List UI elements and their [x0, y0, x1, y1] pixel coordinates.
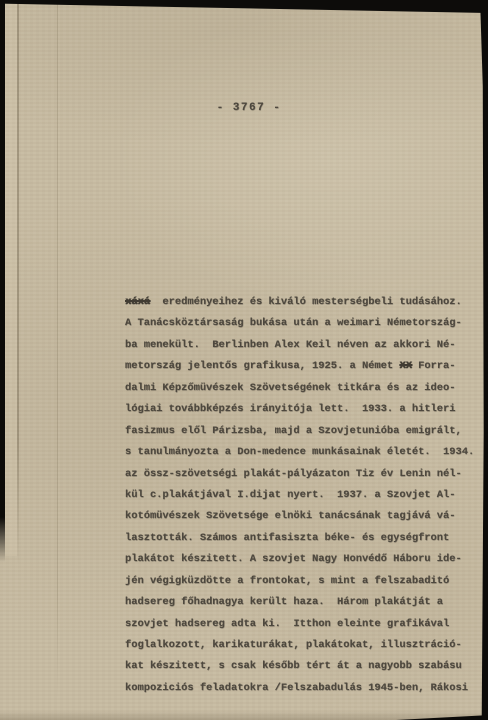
typewritten-line: plakátot készitett. A szovjet Nagy Honvé…	[125, 549, 481, 570]
typewritten-line: lógiai továbbképzés irányitója lett. 193…	[125, 399, 481, 420]
typewritten-line: szovjet hadsereg adta ki. Itthon eleinte…	[125, 614, 481, 635]
line-text: dalmi Képzőmüvészek Szövetségének titkár…	[125, 382, 455, 394]
struck-out-text: XX	[399, 360, 411, 372]
line-text: A Tanácsköztársaság bukása után a weimar…	[125, 317, 462, 329]
bottom-shadow	[0, 711, 488, 720]
line-text: kotómüvészek Szövetsége elnöki tanácsána…	[125, 510, 455, 522]
line-text: s tanulmányozta a Don-medence munkásaina…	[125, 446, 474, 458]
typewritten-line: hadsereg főhadnagya került haza. Három p…	[125, 592, 481, 613]
line-text: plakátot készitett. A szovjet Nagy Honvé…	[125, 553, 462, 565]
line-text: eredményeihez és kiváló mesterségbeli tu…	[150, 296, 462, 308]
line-text: kat készitett, s csak később tért át a n…	[125, 660, 462, 672]
scan-edge-left	[0, 0, 5, 562]
line-text: ba menekült. Berlinben Alex Keil néven a…	[125, 339, 455, 351]
struck-out-text: xáxá	[125, 296, 150, 308]
typewritten-line: ba menekült. Berlinben Alex Keil néven a…	[125, 335, 481, 356]
typewritten-line: A Tanácsköztársaság bukása után a weimar…	[125, 313, 481, 334]
typewritten-line: metország jelentős grafikusa, 1925. a Né…	[125, 356, 481, 377]
paper-edge-strip	[5, 0, 17, 556]
line-text: az össz-szövetségi plakát-pályázaton Tiz…	[125, 468, 462, 480]
line-text: fasizmus elől Párizsba, majd a Szovjetun…	[125, 425, 462, 437]
typewritten-line: lasztották. Számos antifasiszta béke- és…	[125, 528, 481, 549]
typewritten-line: kotómüvészek Szövetsége elnöki tanácsána…	[125, 506, 481, 527]
line-text: kül c.plakátjával I.dijat nyert. 1937. a…	[125, 489, 455, 501]
typewritten-line: fasizmus elől Párizsba, majd a Szovjetun…	[125, 421, 481, 442]
line-text: kompoziciós feladatokra /Felszabadulás 1…	[125, 682, 468, 694]
line-text: metország jelentős grafikusa, 1925. a Né…	[125, 360, 399, 372]
typewritten-line: dalmi Képzőmüvészek Szövetségének titkár…	[125, 378, 481, 399]
typewritten-line: kat készitett, s csak később tért át a n…	[125, 656, 481, 677]
line-text: lasztották. Számos antifasiszta béke- és…	[125, 532, 449, 544]
line-text: lógiai továbbképzés irányitója lett. 193…	[125, 403, 455, 415]
typewritten-line: jén végigküzdötte a frontokat, s mint a …	[125, 571, 481, 592]
line-text: szovjet hadsereg adta ki. Itthon eleinte…	[125, 618, 449, 630]
typewritten-line: foglalkozott, karikaturákat, plakátokat,…	[125, 635, 481, 656]
text-block: xáxá eredményeihez és kiváló mesterségbe…	[125, 292, 481, 699]
page-number: - 3767 -	[203, 102, 295, 114]
paper-fold-line	[17, 0, 19, 565]
typewritten-line: xáxá eredményeihez és kiváló mesterségbe…	[125, 292, 481, 313]
typewritten-line: az össz-szövetségi plakát-pályázaton Tiz…	[125, 464, 481, 485]
line-text: hadsereg főhadnagya került haza. Három p…	[125, 596, 443, 608]
line-text: jén végigküzdötte a frontokat, s mint a …	[125, 575, 449, 587]
typewritten-line: kompoziciós feladatokra /Felszabadulás 1…	[125, 678, 481, 699]
typewritten-line: kül c.plakátjával I.dijat nyert. 1937. a…	[125, 485, 481, 506]
typewritten-line: s tanulmányozta a Don-medence munkásaina…	[125, 442, 481, 463]
scanned-page: - 3767 - xáxá eredményeihez és kiváló me…	[0, 0, 488, 720]
paper-crease-line	[57, 0, 58, 700]
line-text: foglalkozott, karikaturákat, plakátokat,…	[125, 639, 462, 651]
line-text: Forra-	[412, 360, 456, 372]
